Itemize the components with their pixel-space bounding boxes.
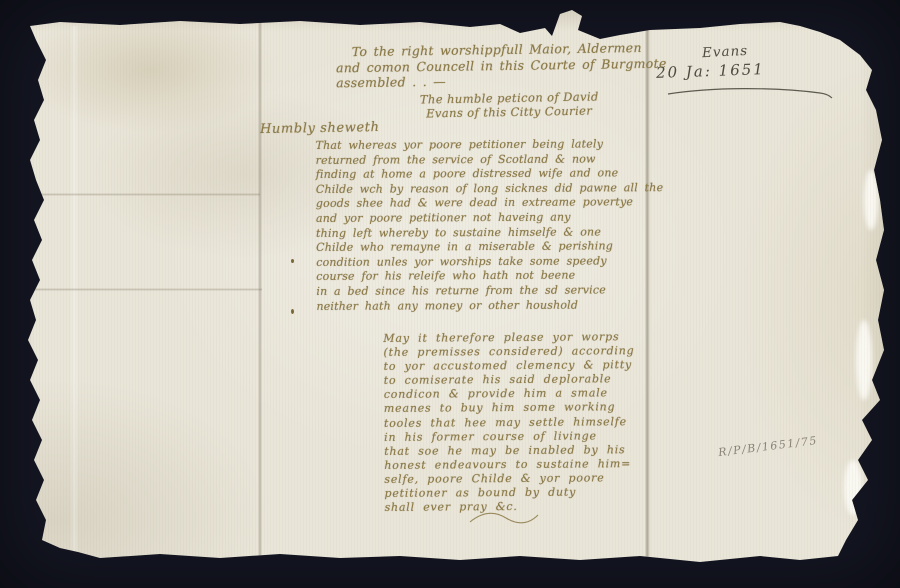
torn-edge-fiber	[844, 460, 862, 515]
body-line: Childe wch by reason of long sicknes did…	[316, 181, 664, 197]
prayer-line: (the premisses considered) according	[383, 344, 634, 360]
ink-dot	[291, 309, 294, 314]
torn-edge-fiber	[864, 170, 878, 230]
horizontal-crease-upper	[32, 193, 260, 196]
body-line: goods shee had & were dead in extreame p…	[316, 195, 664, 211]
ink-dot	[291, 259, 294, 263]
closing-flourish	[468, 505, 542, 529]
prayer-line: tooles that hee may settle himselfe	[384, 415, 635, 431]
body-line: thing left whereby to sustaine himselfe …	[316, 225, 664, 241]
archive-reference: R/P/B/1651/75	[718, 434, 819, 459]
petition-address: To the right worshippfull Maior, Alderme…	[336, 40, 667, 91]
prayer-line: to comiserate his said deplorable	[384, 372, 635, 388]
prayer-line: May it therefore please yor worps	[383, 330, 634, 346]
prayer-line: shall ever pray &c.	[385, 499, 636, 515]
endorsement-underline	[664, 84, 836, 102]
petition-title: The humble peticon of David Evans of thi…	[420, 90, 599, 120]
prayer-line: to yor accustomed clemency & pitty	[384, 358, 635, 374]
prayer-line: petitioner as bound by duty	[384, 485, 635, 501]
title-line: The humble peticon of David	[420, 90, 599, 107]
horizontal-crease-lower	[32, 288, 262, 291]
petition-prayer: May it therefore please yor worps (the p…	[383, 330, 635, 515]
body-line: returned from the service of Scotland & …	[316, 152, 664, 168]
prayer-line: that soe he may be inabled by his	[384, 443, 635, 459]
petition-body: That whereas yor poore petitioner being …	[316, 137, 664, 314]
body-line: That whereas yor poore petitioner being …	[316, 137, 664, 153]
prayer-line: in his former course of livinge	[384, 429, 635, 445]
address-line: To the right worshippfull Maior, Alderme…	[352, 40, 667, 60]
prayer-line: meanes to buy him some working	[384, 401, 635, 417]
body-line: neither hath any money or other houshold	[316, 298, 664, 314]
body-line: in a bed since his returne from the sd s…	[316, 283, 664, 299]
paper-sheet: To the right worshippfull Maior, Alderme…	[0, 0, 900, 588]
manuscript-photo: To the right worshippfull Maior, Alderme…	[0, 0, 900, 588]
vertical-fold-crease-right	[645, 26, 651, 560]
endorsement-name: Evans	[702, 43, 749, 61]
ink-blot	[0, 0, 8, 7]
vertical-fold-crease-left	[258, 22, 262, 558]
prayer-line: honest endeavours to sustaine him=	[384, 457, 635, 473]
body-line: Childe who remayne in a miserable & peri…	[316, 239, 664, 255]
address-line: and comon Councell in this Courte of Bur…	[336, 55, 667, 75]
address-line: assembled . . —	[336, 71, 667, 91]
left-panel-crease-band	[70, 26, 79, 554]
torn-edge-fiber	[856, 320, 872, 400]
endorsement-date: 20 Ja: 1651	[656, 60, 765, 82]
prayer-line: selfe, poore Childe & yor poore	[384, 471, 635, 487]
title-line: Evans of this Citty Courier	[426, 104, 599, 121]
body-line: course for his releife who hath not been…	[316, 268, 664, 284]
salutation: Humbly sheweth	[260, 120, 380, 137]
body-line: condition unles yor worships take some s…	[316, 254, 664, 270]
body-line: and yor poore petitioner not haveing any	[316, 210, 664, 226]
prayer-line: condicon & provide him a smale	[384, 386, 635, 402]
body-line: finding at home a poore distressed wife …	[316, 166, 664, 182]
